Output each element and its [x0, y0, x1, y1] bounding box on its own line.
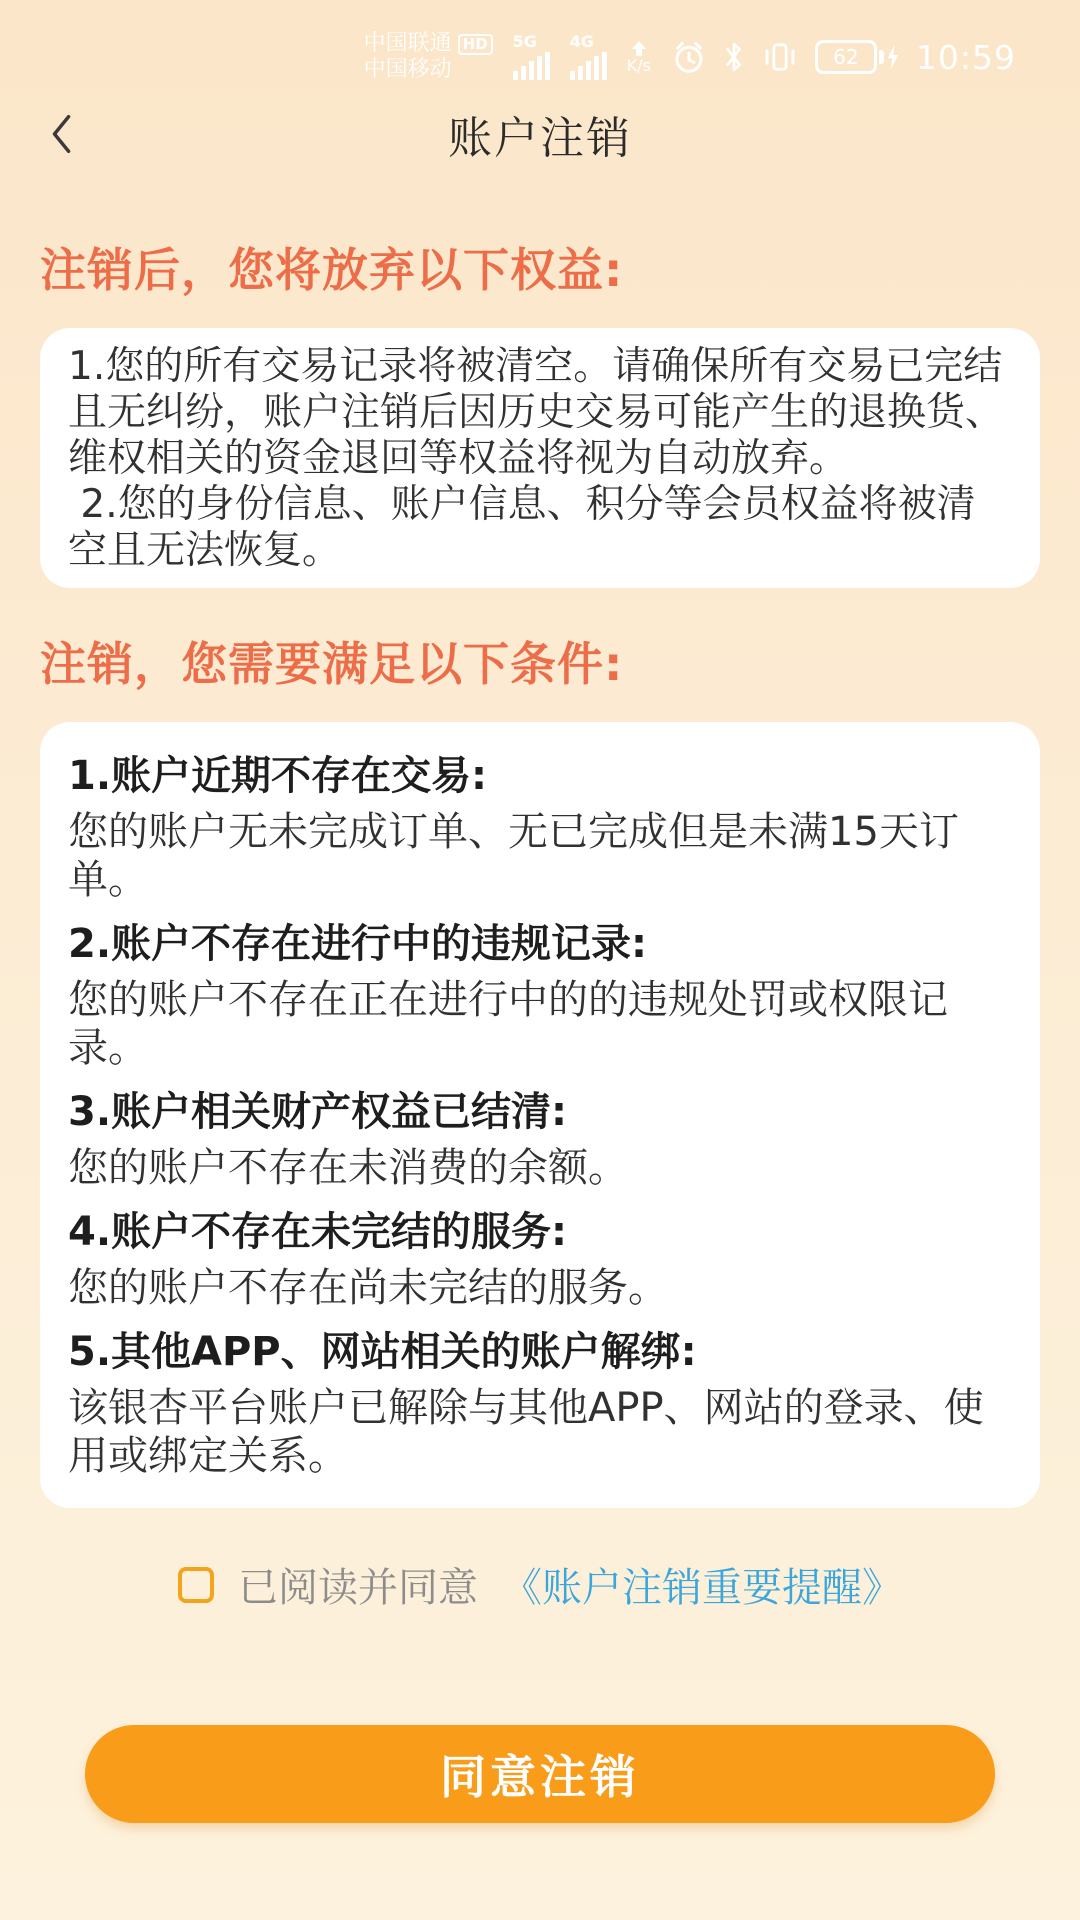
charging-icon [886, 44, 900, 70]
sim2-tech-label: 4G [570, 34, 594, 50]
battery-level-label: 62 [833, 45, 858, 69]
back-chevron-icon [48, 112, 74, 156]
condition-title: 5.其他APP、网站相关的账户解绑: [68, 1328, 1012, 1376]
condition-title: 1.账户近期不存在交易: [68, 752, 1012, 800]
battery-nub [879, 50, 884, 64]
speed-unit-label: K/s [627, 58, 651, 74]
clock-label: 10:59 [916, 38, 1016, 77]
rights-paragraph-2: 2.您的身份信息、账户信息、积分等会员权益将被清空且无法恢复。 [68, 482, 1012, 574]
section2-heading: 注销，您需要满足以下条件: [40, 628, 1040, 694]
agreement-row: 已阅读并同意 《账户注销重要提醒》 [40, 1556, 1040, 1613]
rights-paragraph-1: 1.您的所有交易记录将被清空。请确保所有交易已完结且无纠纷，账户注销后因历史交易… [68, 344, 1012, 482]
status-bar: 中国联通 HD 中国移动 5G 4G K/s [0, 0, 1080, 88]
conditions-card: 1.账户近期不存在交易: 您的账户无未完成订单、无已完成但是未满15天订单。 2… [40, 722, 1040, 1508]
speed-arrow-icon [629, 41, 649, 57]
volte-hd-icon: HD [458, 34, 493, 55]
confirm-cancellation-button[interactable]: 同意注销 [85, 1725, 995, 1823]
back-button[interactable] [48, 110, 88, 158]
condition-desc: 您的账户不存在正在进行中的的违规处罚或权限记录。 [68, 976, 1012, 1072]
agreement-checkbox[interactable] [178, 1567, 214, 1603]
condition-desc: 您的账户不存在尚未完结的服务。 [68, 1264, 1012, 1312]
sim1-signal-icon: 5G [513, 34, 550, 80]
rights-card: 1.您的所有交易记录将被清空。请确保所有交易已完结且无纠纷，账户注销后因历史交易… [40, 328, 1040, 588]
content: 注销后，您将放弃以下权益: 1.您的所有交易记录将被清空。请确保所有交易已完结且… [0, 234, 1080, 1823]
carrier1-label: 中国联通 [364, 31, 452, 57]
condition-desc: 您的账户无未完成订单、无已完成但是未满15天订单。 [68, 808, 1012, 904]
agreement-label: 已阅读并同意 [238, 1556, 478, 1613]
condition-title: 4.账户不存在未完结的服务: [68, 1208, 1012, 1256]
condition-title: 3.账户相关财产权益已结清: [68, 1088, 1012, 1136]
bluetooth-icon [723, 40, 745, 74]
alarm-icon [671, 39, 707, 75]
battery-indicator: 62 [815, 40, 900, 74]
section1-heading: 注销后，您将放弃以下权益: [40, 234, 1040, 300]
confirm-button-label: 同意注销 [440, 1741, 640, 1807]
condition-desc: 您的账户不存在未消费的余额。 [68, 1144, 1012, 1192]
agreement-notice-link[interactable]: 《账户注销重要提醒》 [502, 1556, 902, 1613]
condition-title: 2.账户不存在进行中的违规记录: [68, 920, 1012, 968]
carrier-block: 中国联通 HD 中国移动 [364, 31, 493, 83]
condition-desc: 该银杏平台账户已解除与其他APP、网站的登录、使用或绑定关系。 [68, 1384, 1012, 1480]
page-title: 账户注销 [448, 102, 632, 166]
network-speed-indicator: K/s [627, 41, 651, 74]
vibrate-icon [761, 40, 799, 74]
carrier2-label: 中国移动 [364, 57, 452, 83]
sim1-tech-label: 5G [513, 34, 537, 50]
header: 账户注销 [0, 88, 1080, 180]
sim2-signal-icon: 4G [570, 34, 607, 80]
